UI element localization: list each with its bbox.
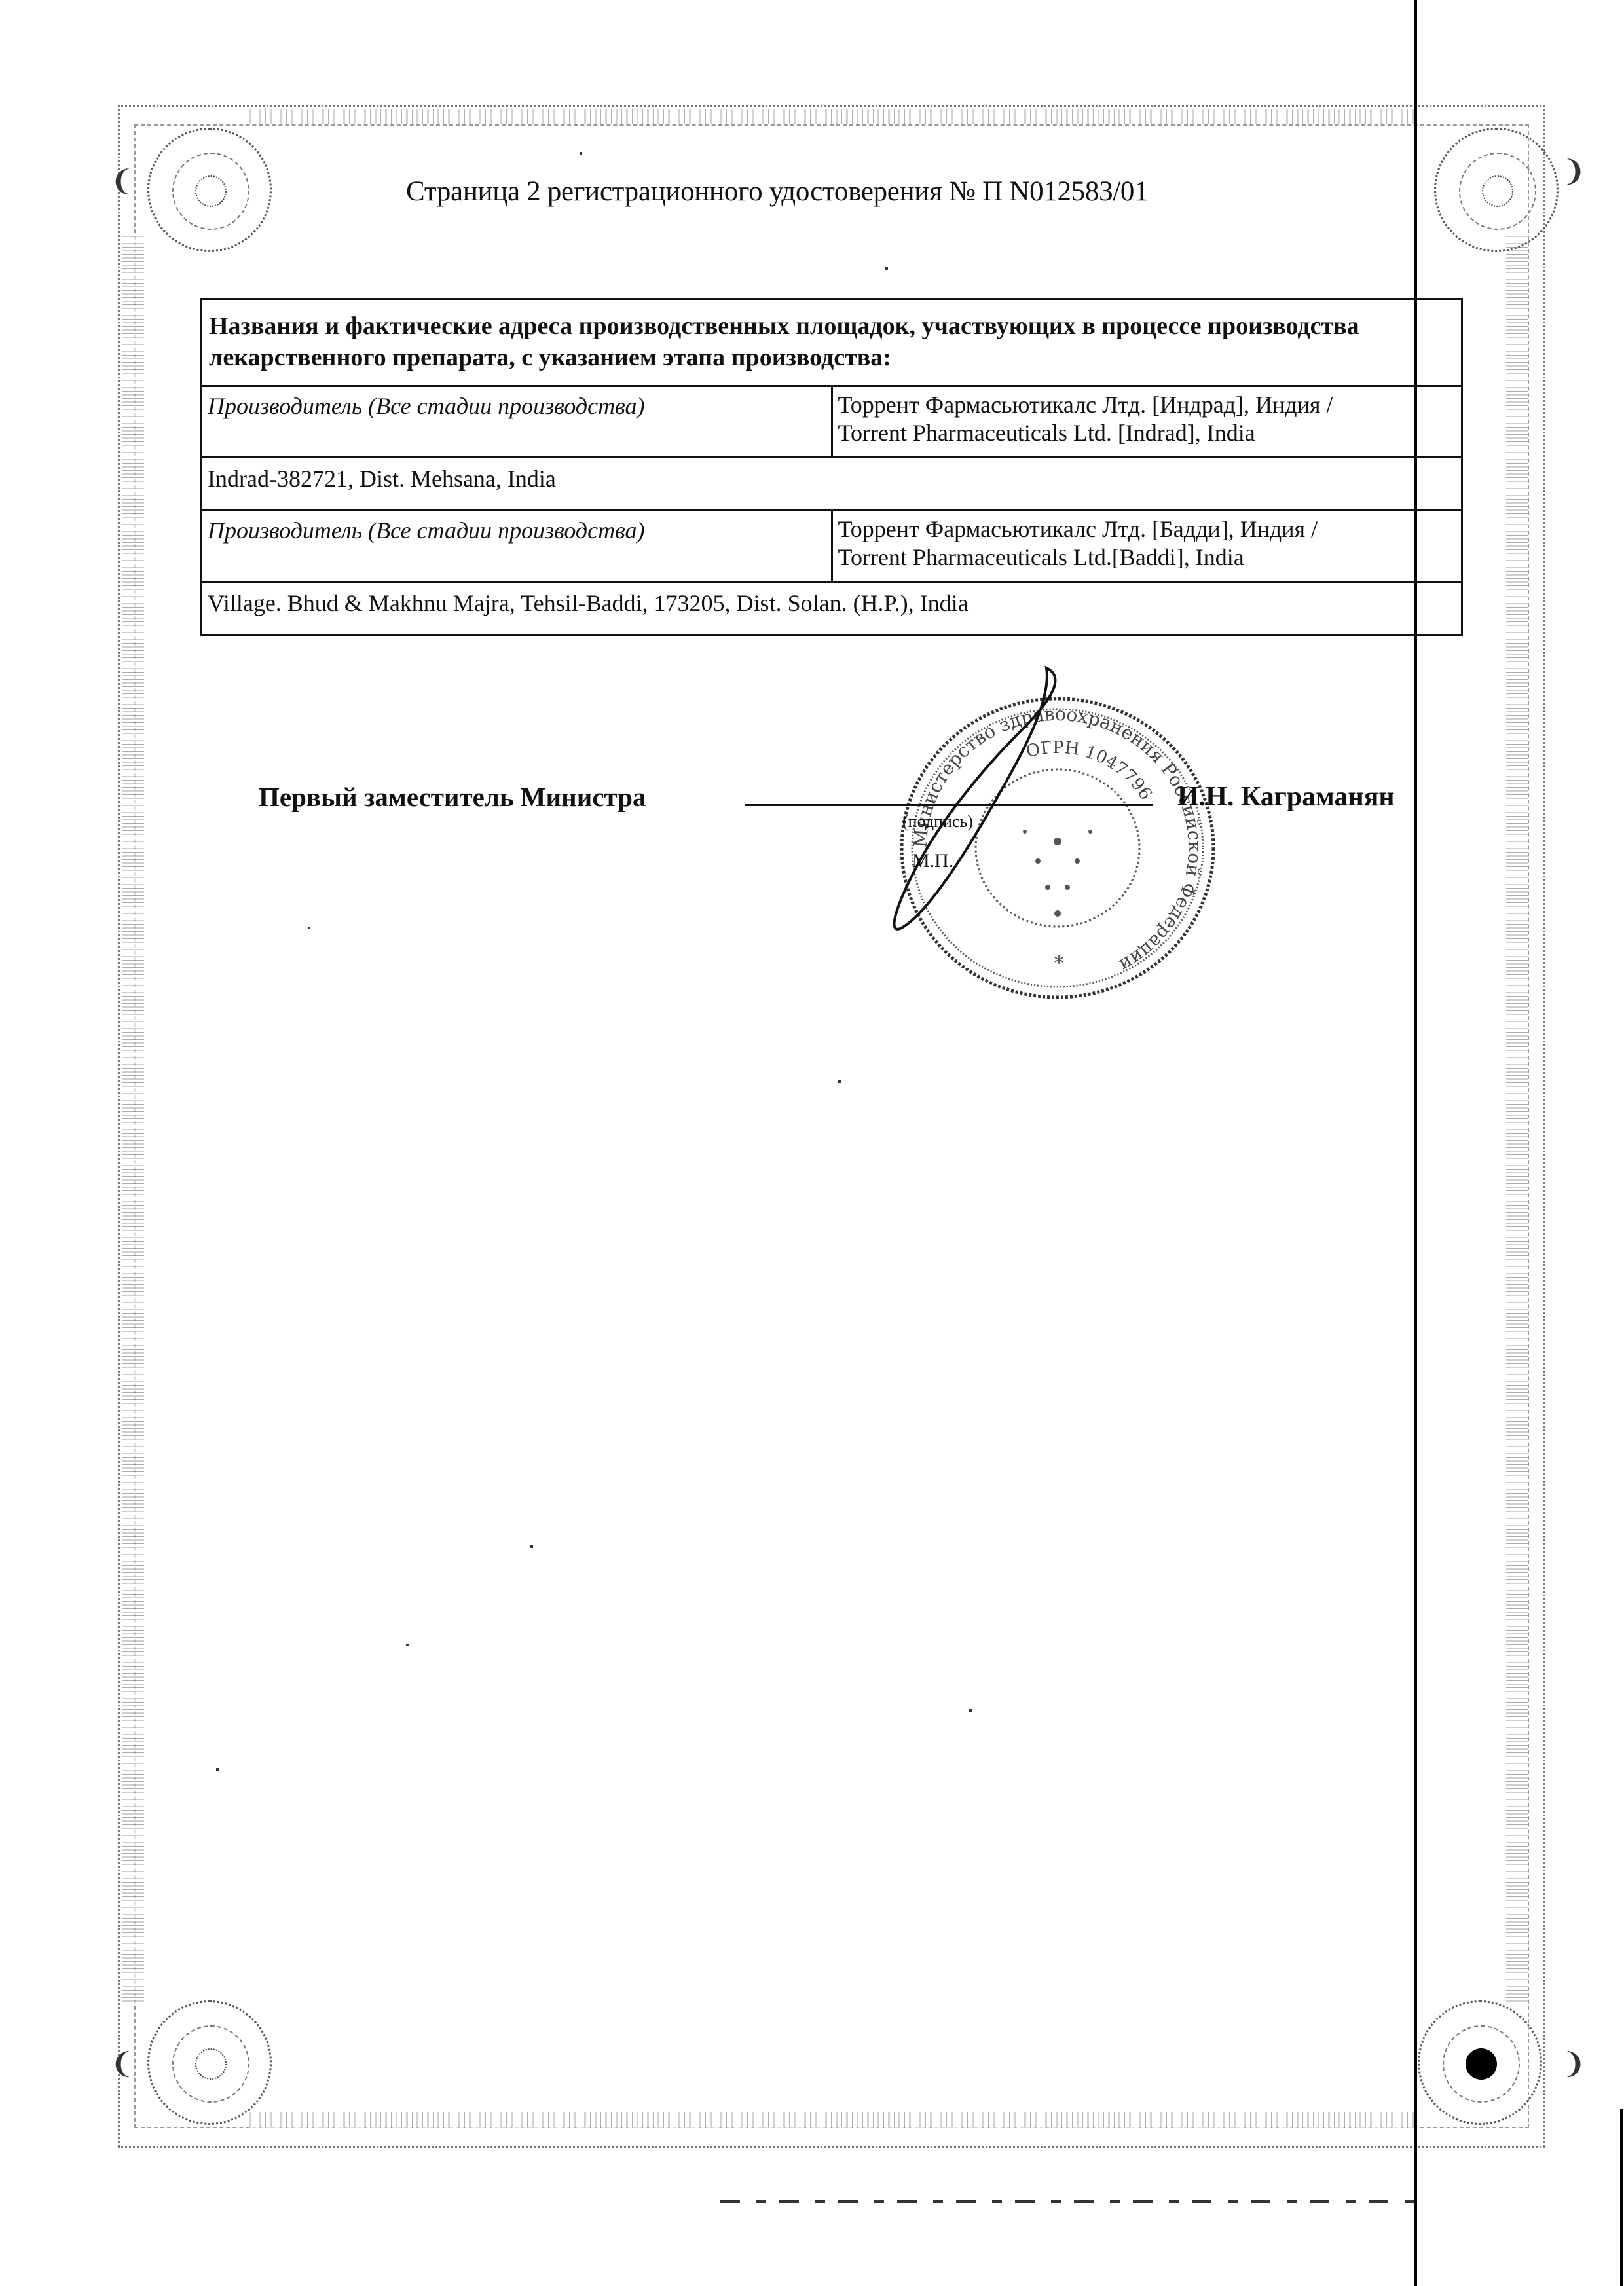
scan-speck (580, 152, 582, 155)
table-row: Производитель (Все стадии производства) … (202, 511, 1462, 582)
site-role: Производитель (Все стадии производства) (202, 511, 832, 582)
table-row: Village. Bhud & Makhnu Majra, Tehsil-Bad… (202, 582, 1462, 635)
right-border-ornament (1506, 236, 1528, 2004)
side-ornament-right-bottom-icon: ❩ (1562, 2050, 1586, 2078)
table-row: Indrad-382721, Dist. Mehsana, India (202, 458, 1462, 511)
scan-speck (308, 927, 310, 929)
scan-speck (838, 1080, 841, 1083)
signature-icon (871, 658, 1067, 946)
corner-rosette-bottom-right-icon (1418, 2000, 1542, 2125)
bottom-border-ornament (249, 2112, 1414, 2128)
company-name-en: Torrent Pharmaceuticals Ltd.[Baddi], Ind… (838, 544, 1456, 572)
side-ornament-right-top-icon: ❩ (1562, 157, 1586, 186)
scan-speck (406, 1644, 409, 1646)
site-role: Производитель (Все стадии производства) (202, 386, 832, 458)
company-name-en: Torrent Pharmaceuticals Ltd. [Indrad], I… (838, 419, 1456, 447)
signatory-name: И.Н. Каграманян (1177, 781, 1395, 813)
side-ornament-left-top-icon: ❨ (110, 167, 134, 196)
site-company: Торрент Фармасьютикалс Лтд. [Бадди], Инд… (832, 511, 1462, 582)
scan-speck (530, 1545, 533, 1548)
site-address: Indrad-382721, Dist. Mehsana, India (202, 458, 1462, 511)
signature-caption: (подпись) (902, 812, 973, 832)
seal-label: М.П. (912, 850, 953, 872)
corner-rosette-top-right-icon (1434, 128, 1559, 252)
side-ornament-left-bottom-icon: ❨ (110, 2050, 134, 2078)
table-heading-row: Названия и фактические адреса производст… (202, 299, 1462, 386)
signatory-title: Первый заместитель Министра (259, 781, 646, 813)
company-name-ru: Торрент Фармасьютикалс Лтд. [Индрад], Ин… (838, 391, 1456, 419)
production-sites-table: Названия и фактические адреса производст… (200, 298, 1463, 636)
corner-rosette-bottom-left-icon (147, 2000, 272, 2125)
company-name-ru: Торрент Фармасьютикалс Лтд. [Бадди], Инд… (838, 515, 1456, 544)
scan-artifact-edge (1620, 2109, 1623, 2286)
scan-speck (216, 1768, 219, 1771)
site-company: Торрент Фармасьютикалс Лтд. [Индрад], Ин… (832, 386, 1462, 458)
table-heading: Названия и фактические адреса производст… (202, 299, 1462, 386)
corner-rosette-top-left-icon (147, 128, 272, 252)
svg-text:*: * (1054, 952, 1063, 974)
table-row: Производитель (Все стадии производства) … (202, 386, 1462, 458)
page-header: Страница 2 регистрационного удостоверени… (406, 175, 1270, 208)
top-border-ornament (249, 109, 1414, 124)
left-border-ornament (122, 236, 144, 2004)
signature-line (745, 804, 1153, 806)
scan-speck (885, 267, 888, 270)
scan-artifact-dashes (720, 2200, 1414, 2203)
site-address: Village. Bhud & Makhnu Majra, Tehsil-Bad… (202, 582, 1462, 635)
scan-speck (969, 1709, 972, 1712)
